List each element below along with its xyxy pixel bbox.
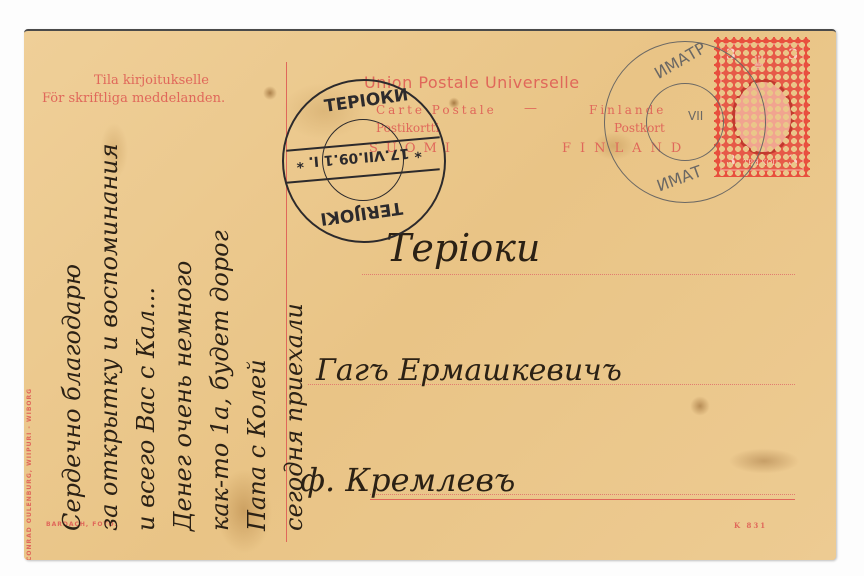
postcard: Tila kirjoitukselle För skriftliga medde…	[24, 29, 836, 560]
address-line-1	[362, 274, 795, 275]
address-line-3-solid	[370, 499, 795, 500]
postmark-terijoki: ТЕРІОКИ * 17.VII.09.1 I. * TERIJOKI	[282, 79, 448, 245]
message-line: Папа с Колей	[239, 61, 276, 531]
address-handwriting-3: ф. Кремлевъ	[300, 461, 515, 499]
message-line: Сердечно благодарю	[54, 61, 91, 531]
postmark-imatra: ИМАТР VII ИМАТ	[604, 41, 774, 211]
message-line: и всего Вас с Кал...	[128, 61, 165, 531]
header-separator: —	[524, 101, 537, 116]
message-line: как-то 1а, будет дорог	[202, 61, 239, 531]
message-line: за открытку и воспоминания	[91, 61, 128, 531]
address-handwriting-2: Гагъ Ермашкевичъ	[316, 353, 622, 388]
handwritten-message: Сердечно благодарю за открытку и воспоми…	[54, 61, 284, 531]
postmark-date: VII	[688, 109, 703, 123]
stamp-denomination-tr: 3	[788, 47, 798, 63]
publisher-imprint: CONRAD OULENBURG, WIIPURI - WIBORG	[26, 388, 33, 560]
card-number: K 831	[734, 521, 767, 530]
postmark-inner-ring	[646, 83, 724, 161]
message-line: Денег очень немного	[165, 61, 202, 531]
